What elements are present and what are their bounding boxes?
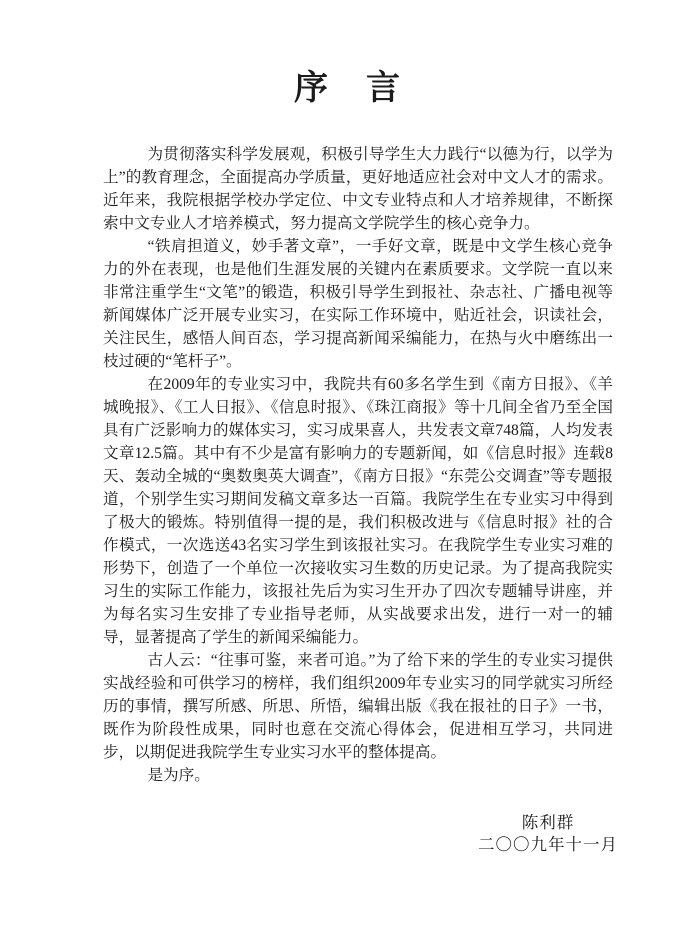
paragraph: 古人云：“往事可鉴，来者可追。”为了给下来的学生的专业实习提供实战经验和可供学习…	[103, 649, 613, 764]
paragraph: 是为序。	[103, 764, 613, 787]
paragraph: 为贯彻落实科学发展观，积极引导学生大力践行“以德为行，以学为上”的教育理念，全面…	[103, 143, 613, 235]
signature-block: 陈利群 二〇〇九年十一月	[478, 812, 618, 856]
signature-date: 二〇〇九年十一月	[478, 834, 618, 856]
document-page: 序 言 为贯彻落实科学发展观，积极引导学生大力践行“以德为行，以学为上”的教育理…	[0, 0, 696, 932]
paragraph: 在2009年的专业实习中，我院共有60多名学生到《南方日报》、《羊城晚报》、《工…	[103, 373, 613, 649]
paragraph: “铁肩担道义，妙手著文章”，一手好文章，既是中文学生核心竞争力的外在表现，也是他…	[103, 235, 613, 373]
signature-name: 陈利群	[478, 812, 618, 834]
page-title: 序 言	[0, 60, 696, 109]
preface-body: 为贯彻落实科学发展观，积极引导学生大力践行“以德为行，以学为上”的教育理念，全面…	[103, 143, 613, 787]
